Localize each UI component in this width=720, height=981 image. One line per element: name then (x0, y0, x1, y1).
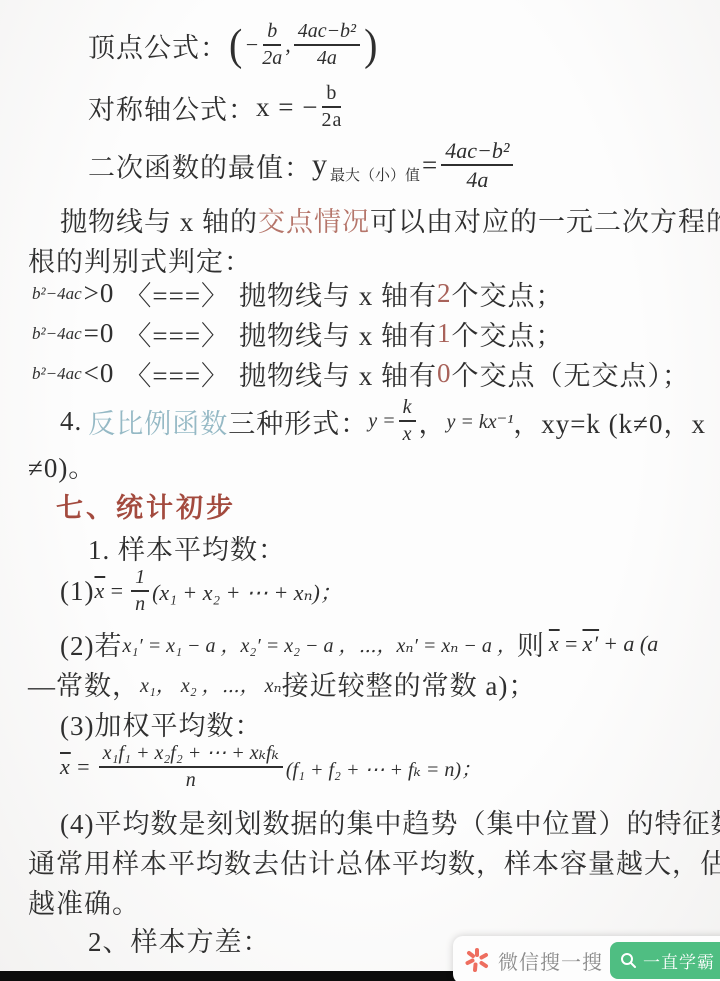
x-sequence: x₁， x₂ ，⋯， xₙ (140, 669, 282, 698)
x-bar: x (94, 578, 105, 604)
brand-name: 一直学霸 (643, 948, 715, 973)
brand-search-pill[interactable]: 一直学霸 (610, 942, 720, 979)
section-heading-statistics: 七、统计初步 (56, 486, 236, 525)
minmax-label: 二次函数的最值： (88, 146, 312, 185)
mean-note-line1: (4)平均数是刻划数据的集中趋势（集中位置）的特征数。 (60, 802, 720, 841)
close-paren: ) (364, 23, 378, 67)
text-segment: 个交点； (452, 314, 564, 353)
text-segment: ≠0)。 (28, 453, 96, 483)
sum-expression: (x₁ + x₂ + ⋯ + xₙ)； (152, 576, 342, 607)
axis-label: 对称轴公式： (88, 88, 256, 127)
section-heading-text: 七、统计初步 (56, 493, 236, 523)
intersection-count: 1 (437, 318, 452, 349)
discriminant-row: b²−4ac =0 〈===〉 抛物线与 x 轴有 1 个交点； (32, 314, 564, 353)
relation: <0 (84, 358, 115, 389)
x-bar: x (549, 631, 560, 657)
comma: ， (513, 402, 541, 441)
discriminant-row: b²−4ac >0 〈===〉 抛物线与 x 轴有 2 个交点； (32, 274, 564, 313)
text-segment: (4)平均数是刻划数据的集中趋势（集中位置）的特征数。 (60, 809, 720, 839)
text-segment: 1. 样本平均数： (88, 535, 286, 565)
equals-sign: = (76, 754, 91, 780)
minmax-formula-line: 二次函数的最值： y 最大（小）值 = 4ac−b²4a (88, 138, 516, 193)
text-segment: 抛物线与 x 轴有 (239, 354, 437, 393)
text-segment: 通常用样本平均数去估计总体平均数，样本容量越大，估计 (28, 849, 720, 879)
equals-sign: = (422, 150, 438, 181)
highlighted-text: 交点情况 (258, 207, 370, 237)
text-segment: (3)加权平均数： (60, 711, 262, 741)
axis-equation: x = − (256, 92, 318, 123)
relation: >0 (84, 278, 115, 309)
text-segment: 可以由对应的一元二次方程的 (370, 207, 720, 237)
iff-arrow: 〈===〉 (124, 314, 229, 353)
intersection-count: 0 (437, 358, 452, 389)
inverse-function-term: 反比例函数 (88, 402, 228, 441)
iff-arrow: 〈===〉 (124, 274, 229, 313)
y-subscript: 最大（小）值 (330, 164, 420, 185)
text-segment: 抛物线与 x 轴的 (60, 207, 258, 237)
text-segment: 根的判别式判定： (28, 247, 252, 277)
document-page: 顶点公式： ( − b2a , 4ac−b²4a ) 对称轴公式： x = − … (0, 0, 720, 981)
inverse-function-line2: ≠0)。 (28, 446, 96, 485)
shifted-mean-line1: (2)若 x₁′ = x₁ − a ，x₂′ = x₂ − a ，⋯，xₙ′ =… (60, 624, 658, 663)
mean-note-line2: 通常用样本平均数去估计总体平均数，样本容量越大，估计 (28, 842, 720, 881)
fraction: b2a (321, 82, 342, 132)
item-sample-variance: 2、样本方差： (88, 920, 271, 959)
weighted-mean-label: (3)加权平均数： (60, 704, 262, 743)
x-prime-bar: x′ (583, 631, 600, 657)
shifted-mean-line2: —常数， x₁， x₂ ，⋯， xₙ 接近较整的常数 a)； (28, 664, 536, 703)
text-segment: —常数， (28, 664, 140, 703)
formula-y-eq: y = (368, 410, 395, 433)
fraction: b2a (262, 20, 282, 70)
item-number: (2)若 (60, 624, 122, 663)
wechat-search-label: 微信搜一搜 (498, 946, 603, 975)
weighted-mean-formula: x = x₁f₁ + x₂f₂ + ⋯ + xₖfₖn (f₁ + f₂ + ⋯… (60, 742, 481, 792)
text-segment: 个交点（无交点）； (452, 354, 691, 393)
vertex-formula-line: 顶点公式： ( − b2a , 4ac−b²4a ) (88, 20, 379, 70)
discriminant-row: b²−4ac <0 〈===〉 抛物线与 x 轴有 0 个交点（无交点）； (32, 354, 690, 393)
fraction: x₁f₁ + x₂f₂ + ⋯ + xₖfₖn (99, 742, 283, 792)
y-symbol: y (312, 148, 328, 182)
magnifier-icon (620, 952, 637, 969)
then-word: 则 (517, 624, 545, 663)
text-segment: 个交点； (452, 274, 564, 313)
item-number: (1) (60, 576, 94, 607)
vertex-label: 顶点公式： (88, 26, 228, 65)
item-sample-mean: 1. 样本平均数： (88, 528, 286, 567)
discriminant-expression: b²−4ac (32, 284, 82, 304)
wechat-search-watermark: 微信搜一搜 一直学霸 (453, 936, 720, 981)
equals-sign: = (109, 578, 124, 604)
intersection-count: 2 (437, 278, 452, 309)
fraction: 1n (131, 566, 149, 616)
open-paren: ( (229, 23, 243, 67)
text-segment: 2、样本方差： (88, 927, 271, 957)
text-segment: 抛物线与 x 轴有 (239, 314, 437, 353)
text-segment: 抛物线与 x 轴有 (239, 274, 437, 313)
formula-xyk: xy=k (k≠0，x (541, 402, 706, 441)
text-segment: 接近较整的常数 a)； (282, 664, 537, 703)
text-segment: 三种形式： (228, 402, 368, 441)
mean-note-line3: 越准确。 (28, 882, 140, 921)
fraction: 4ac−b²4a (294, 20, 360, 70)
comma: ， (419, 402, 447, 441)
formula-kx: y = kx⁻¹ (447, 409, 514, 434)
discriminant-expression: b²−4ac (32, 324, 82, 344)
discriminant-expression: b²−4ac (32, 364, 82, 384)
plus-a: + a (a (603, 631, 658, 657)
equals-sign: = (564, 631, 579, 657)
minus-sign: − (244, 32, 259, 58)
text-segment: 越准确。 (28, 889, 140, 919)
x-bar: x (60, 754, 71, 780)
iff-arrow: 〈===〉 (124, 354, 229, 393)
comma: , (285, 32, 291, 58)
fraction: 4ac−b²4a (441, 138, 513, 193)
wechat-spark-icon (463, 946, 491, 974)
inverse-function-line1: 4. 反比例函数 三种形式： y = kx ， y = kx⁻¹ ， xy=k … (60, 396, 706, 446)
constraint-expression: (f₁ + f₂ + ⋯ + fₖ = n)； (286, 753, 481, 782)
mean-formula-line: (1) x = 1n (x₁ + x₂ + ⋯ + xₙ)； (60, 566, 342, 616)
axis-formula-line: 对称轴公式： x = − b2a (88, 82, 345, 132)
relation: =0 (84, 318, 115, 349)
fraction: kx (399, 396, 416, 446)
intersect-paragraph-line1: 抛物线与 x 轴的交点情况可以由对应的一元二次方程的 (60, 200, 720, 239)
item-number: 4. (60, 406, 82, 437)
shift-equations: x₁′ = x₁ − a ，x₂′ = x₂ − a ，⋯，xₙ′ = xₙ −… (122, 629, 516, 658)
